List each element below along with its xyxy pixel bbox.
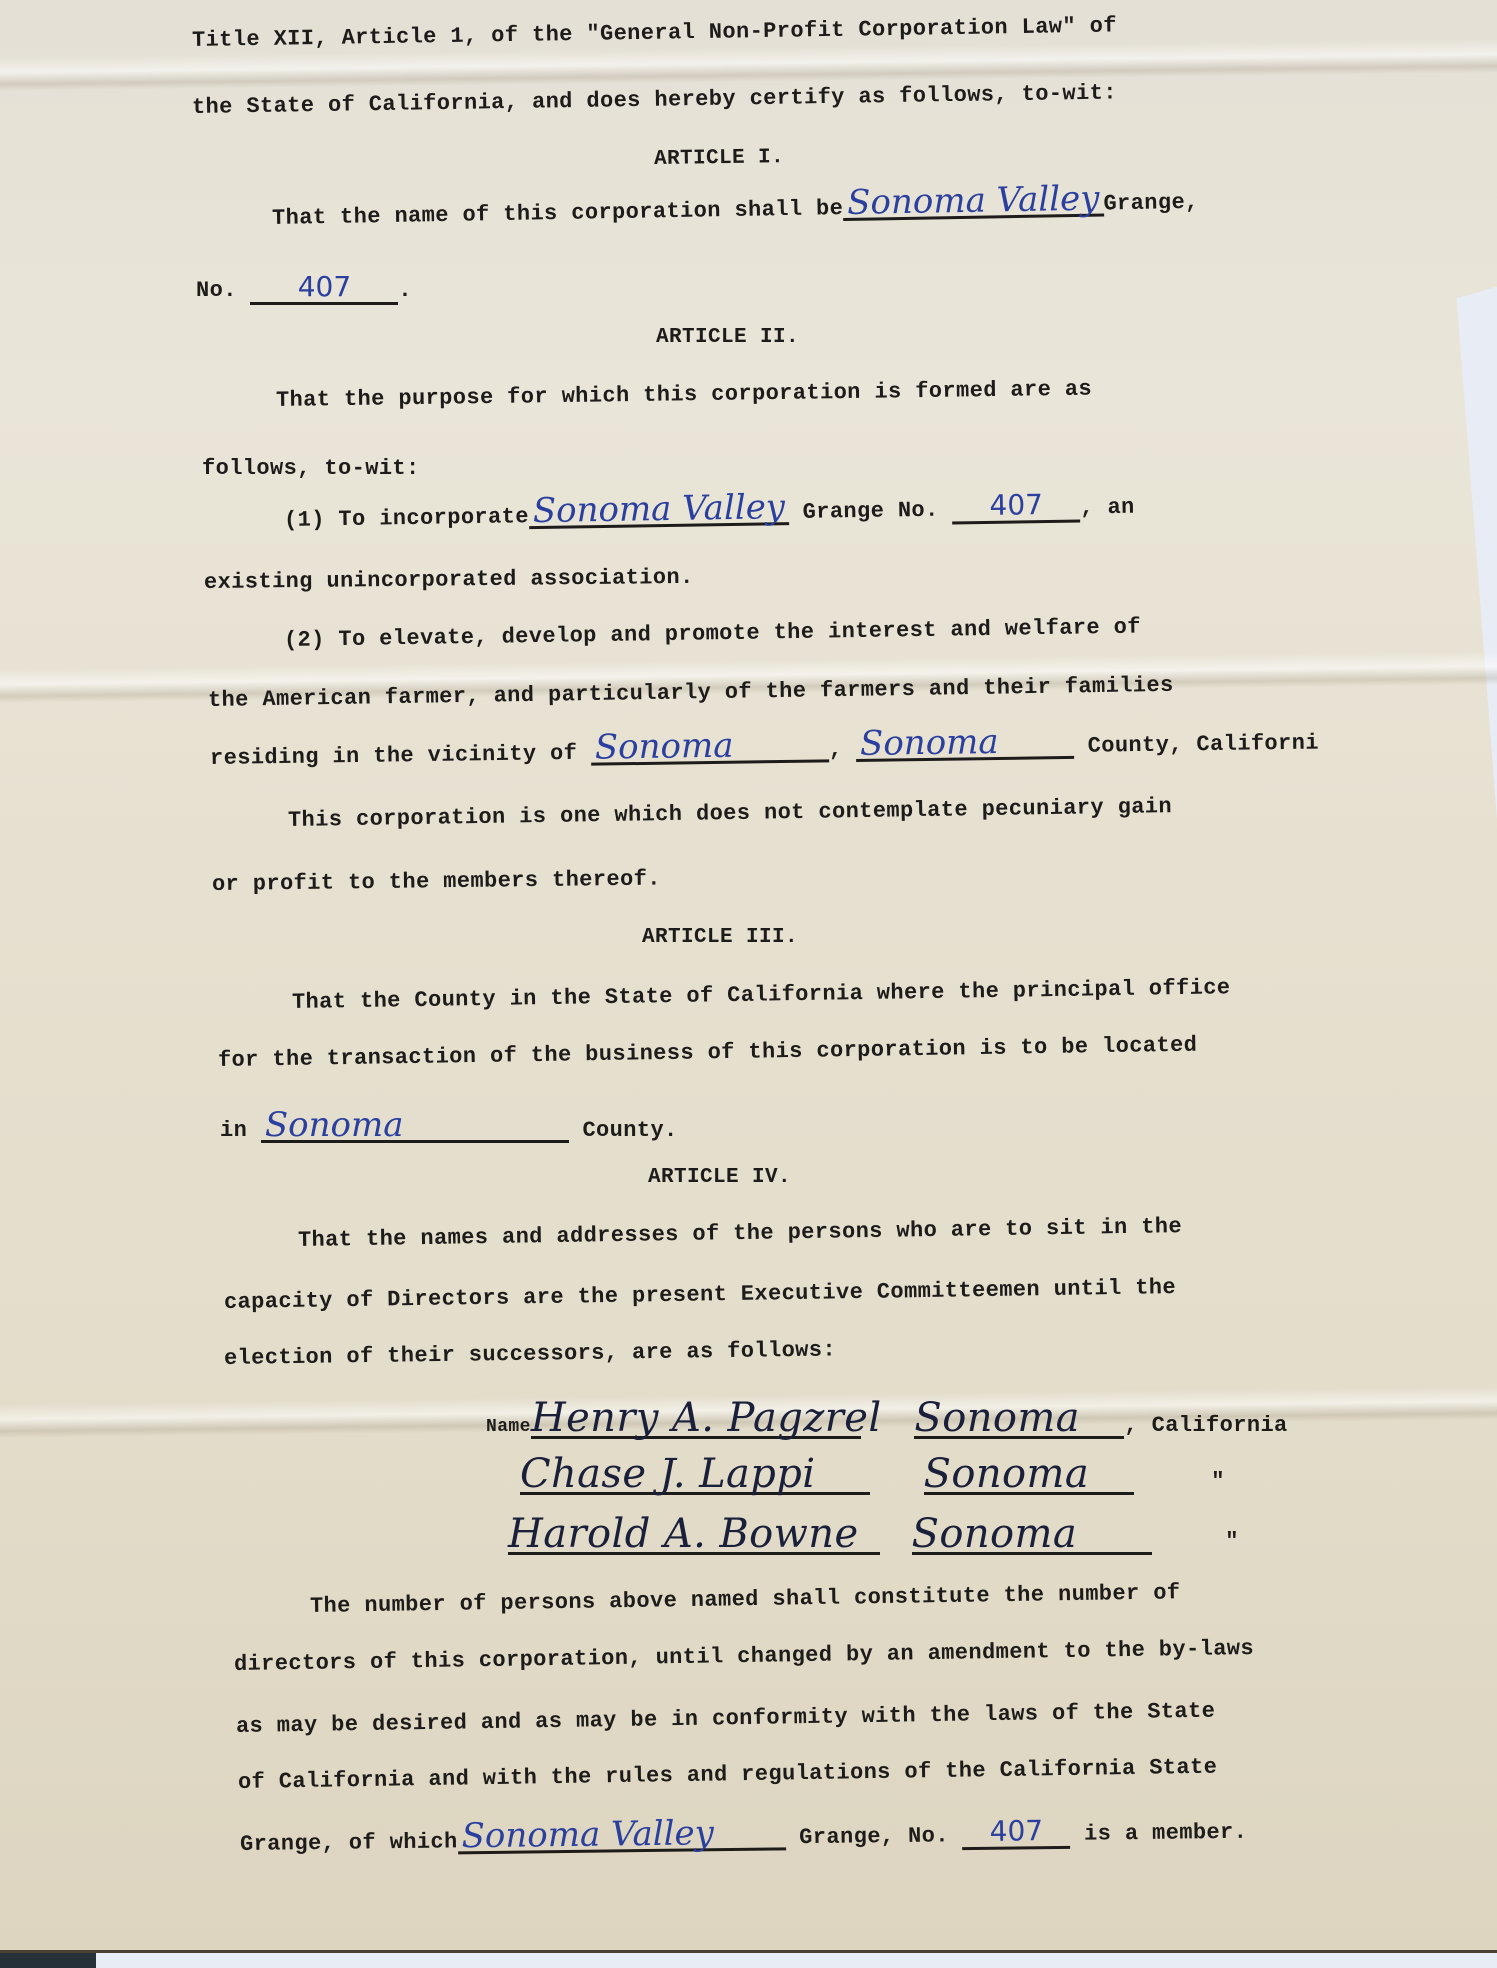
item-1-grange-name-field: Sonoma Valley [529,492,790,529]
county-in-label: in [220,1118,247,1143]
director-2-city: Sonoma [924,1456,1134,1495]
article-1-heading: ARTICLE I. [654,146,784,171]
item-1-mid: Grange No. [802,498,938,525]
item-1-grange-number-field: 407 [952,489,1081,524]
director-row-2: Chase J. Lappi Sonoma " [520,1456,1225,1495]
ditto-mark: " [1225,1529,1239,1554]
article-1-number-line: No. 407. [196,272,412,305]
director-row-3: Harold A. Bowne Sonoma " [508,1516,1239,1555]
vicinity-prefix: residing in the vicinity of [210,741,578,771]
director-3-signature: Harold A. Bowne [508,1516,880,1555]
article-1-suffix: Grange, [1103,190,1199,217]
principal-county-field: Sonoma [261,1110,569,1143]
director-row-1: NameHenry A. Pagzrel Sonoma, California [486,1400,1288,1439]
ditto-mark: " [1211,1469,1225,1494]
item-1-prefix: (1) To incorporate [284,504,529,533]
scanner-bed-corner [0,1953,96,1968]
county-field: Sonoma [856,726,1074,762]
article-2-item-1-line-2: existing unincorporated association. [204,565,694,595]
number-suffix: . [398,278,412,303]
grange-name-field: Sonoma Valley [843,183,1104,221]
director-3-city: Sonoma [912,1516,1152,1555]
member-grange-number-field: 407 [962,1816,1070,1850]
number-label: No. [196,278,237,303]
county-suffix: County, Californi [1087,731,1319,759]
grange-number-field: 407 [250,272,398,305]
director-2-signature: Chase J. Lappi [520,1456,870,1495]
item-1-suffix: , an [1080,495,1135,521]
article-3-line-3: in Sonoma County. [220,1110,678,1143]
article-4-heading: ARTICLE IV. [648,1166,791,1189]
article-3-heading: ARTICLE III. [642,926,798,949]
state-label: , California [1124,1413,1287,1438]
director-1-signature: Henry A. Pagzrel [531,1400,861,1439]
vicinity-field: Sonoma [591,729,829,765]
name-label: Name [486,1417,531,1437]
closing-mid: Grange, No. [799,1823,949,1850]
page-bottom-edge [0,1950,1497,1953]
county-label: County. [582,1118,677,1143]
closing-suffix: is a member. [1084,1820,1248,1847]
director-1-city: Sonoma [914,1400,1124,1439]
vicinity-separator: , [829,737,843,762]
closing-prefix: Grange, of which [240,1829,458,1857]
article-2-intro-2: follows, to-wit: [202,456,420,481]
article-2-heading: ARTICLE II. [656,326,799,349]
member-grange-name-field: Sonoma Valley [457,1817,785,1854]
